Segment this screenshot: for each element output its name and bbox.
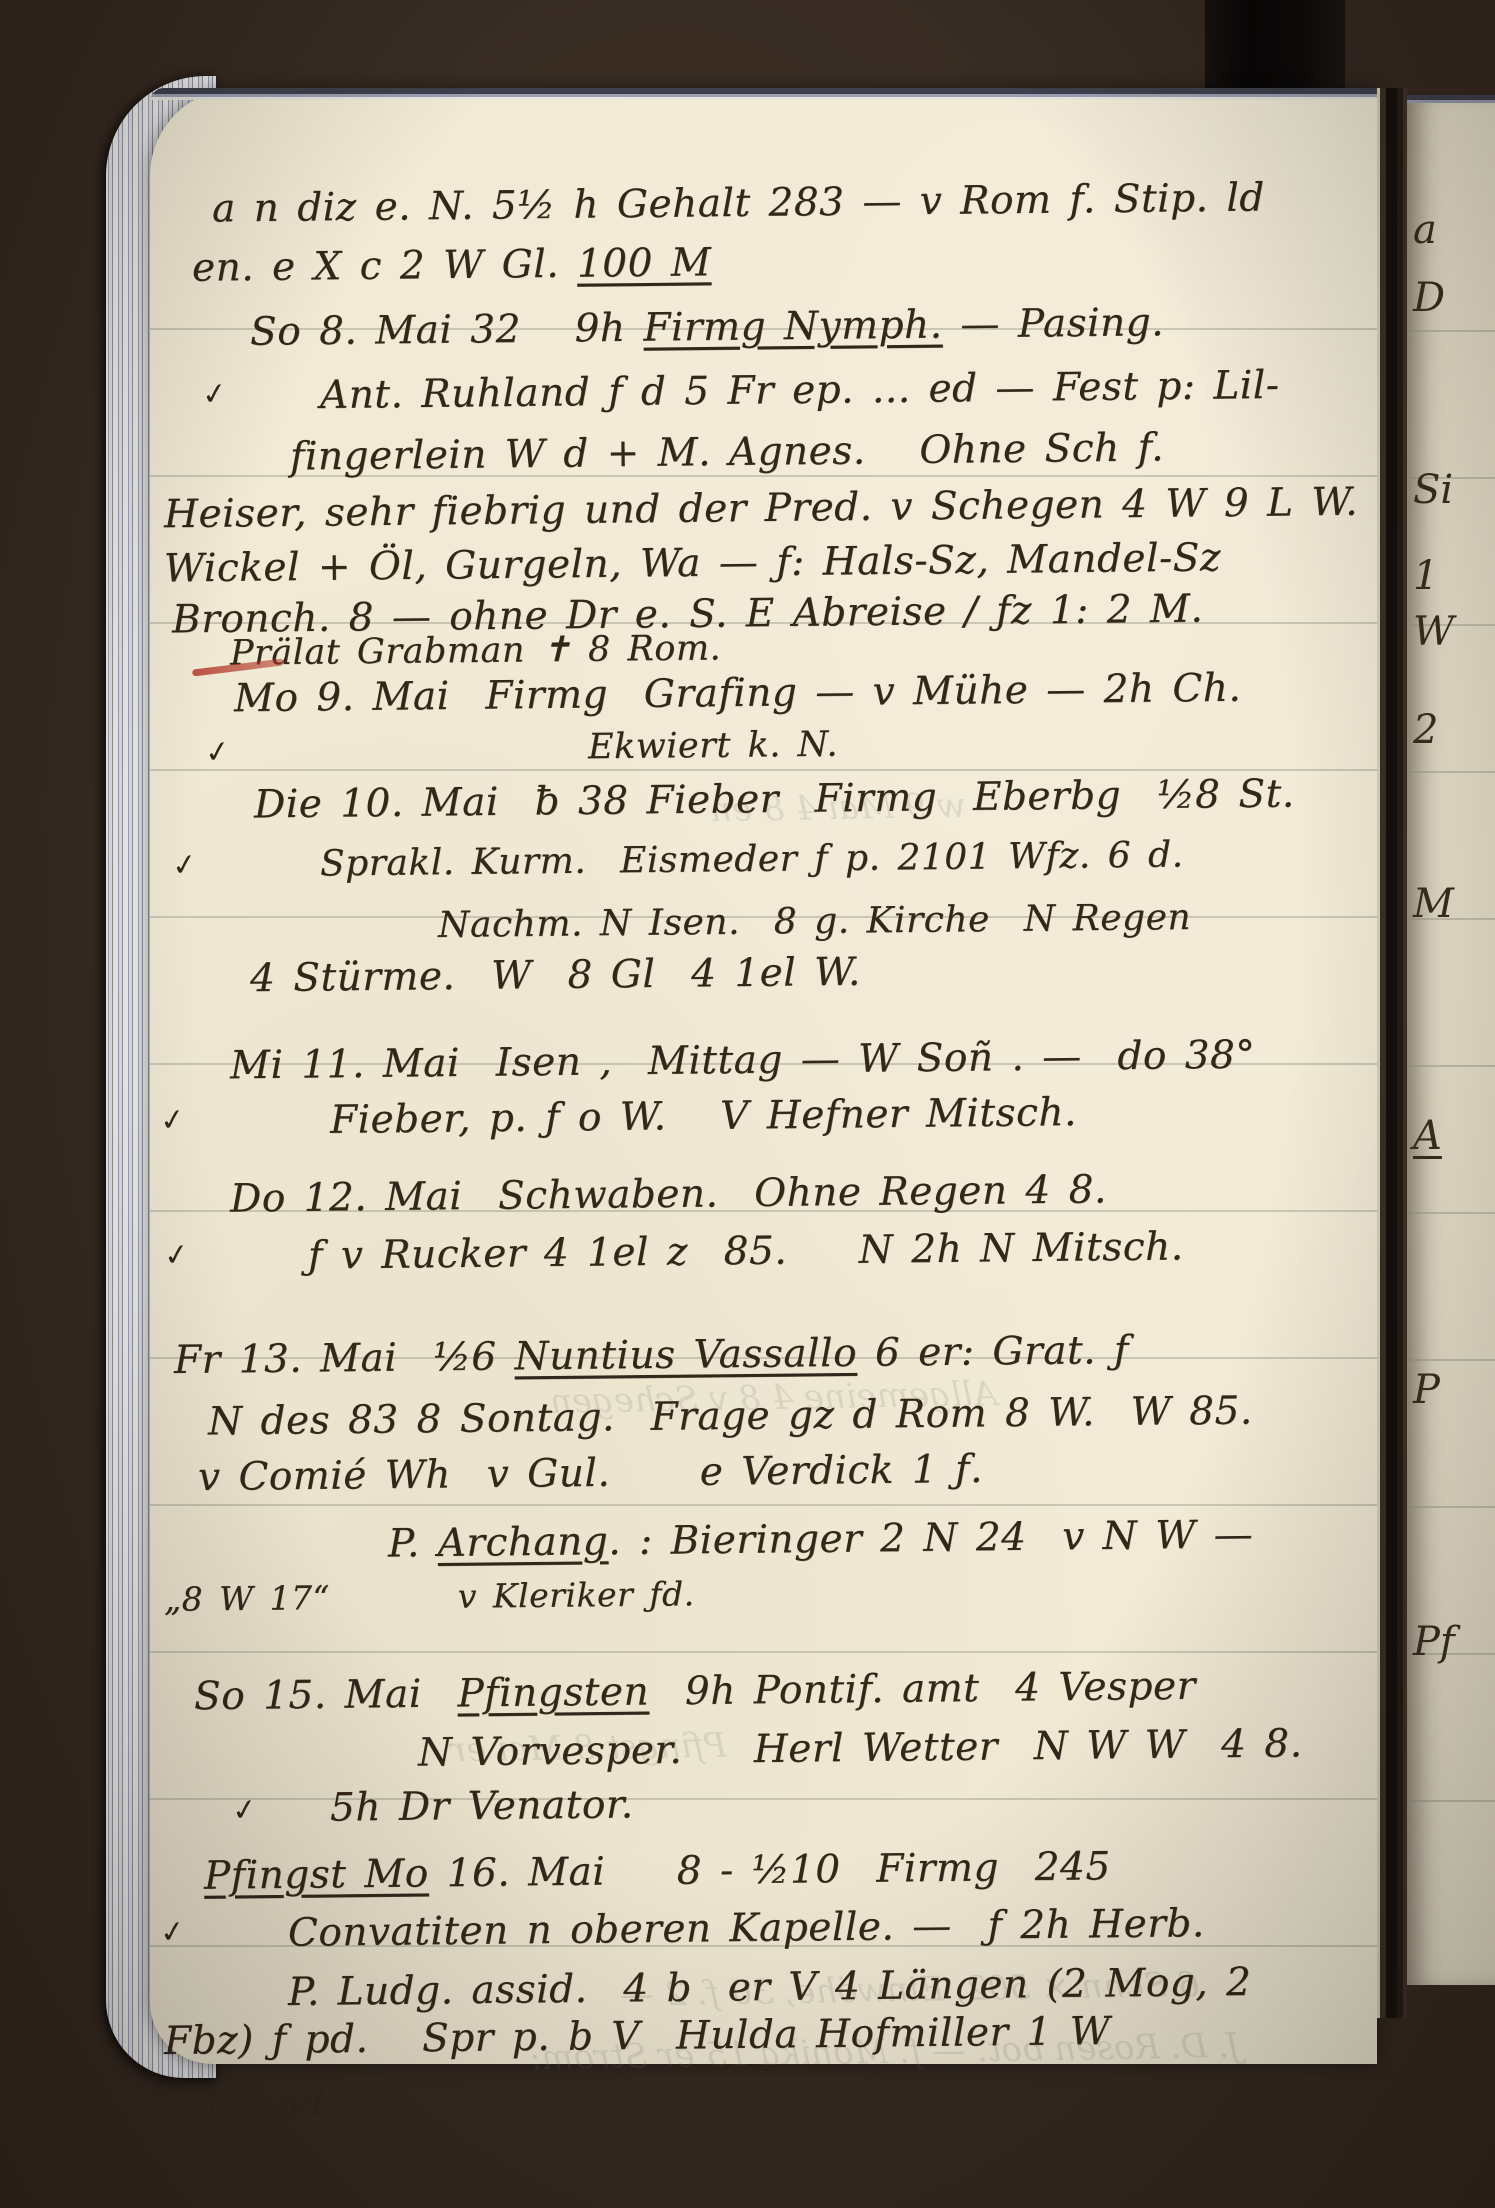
- handwriting-text: Sprakl. Kurm. Eismeder ƒ p. 2101 Wfz. 6 …: [320, 834, 1184, 884]
- handwriting-text: Ekwiert k. N.: [588, 725, 838, 768]
- handwriting-line: Fr 13. Mai ½6 Nuntius Vassallo 6 er: Gra…: [174, 1331, 1129, 1380]
- handwriting-text: Nuntius Vassallo: [514, 1331, 857, 1380]
- handwriting-text: N des 83 8 Sontag. Frage gz d Rom 8 W. W…: [208, 1389, 1253, 1445]
- handwriting-text: Firmg Nymph.: [643, 303, 943, 351]
- handwriting-text: „8 W 17“ v Kleriker ƒd.: [164, 1574, 695, 1619]
- check-mark: ✓: [200, 375, 230, 413]
- facing-page-handwriting-fragment: P: [1413, 1367, 1440, 1413]
- handwriting-text: — Pasing.: [942, 300, 1164, 347]
- handwriting-text: en. e X c 2 W Gl.: [192, 242, 577, 291]
- check-mark: ✓: [170, 846, 200, 884]
- handwriting-text: Mo 9. Mai Firmg Grafing — v Mühe — 2h Ch…: [234, 666, 1242, 722]
- handwriting-line: Fbz) ƒ pd. Spr p. b V Hulda Hofmiller 1 …: [164, 2012, 1111, 2061]
- handwriting-line: en. e X c 2 W Gl. 100 M: [192, 243, 712, 287]
- handwriting-text: Heiser, sehr fiebrig und der Pred. v Sch…: [164, 480, 1358, 538]
- handwriting-line: 4 Stürme. W 8 Gl 4 1el W.: [250, 953, 861, 998]
- handwriting-line: v Comié Wh v Gul. e Verdick 1 ƒ.: [198, 1450, 983, 1497]
- handwriting-line: Fieber, p. ƒ o W. V Hefner Mitsch.: [330, 1093, 1077, 1140]
- handwriting-text: Ant. Ruhland ƒ d 5 Fr ep. ... ed — Fest …: [320, 363, 1280, 418]
- handwriting-text: Fieber, p. ƒ o W. V Hefner Mitsch.: [330, 1090, 1077, 1143]
- handwriting-text: Die 10. Mai ƀ 38 Fieber Firmg Eberbg ½8 …: [254, 772, 1295, 828]
- handwriting-line: fingerlein W d + M. Agnes. Ohne Sch f.: [290, 428, 1164, 476]
- handwriting-line: Ekwiert k. N.: [588, 728, 838, 766]
- handwriting-layer: a n diz e. N. 5½ h Gehalt 283 — v Rom f.…: [150, 88, 1377, 2064]
- handwriting-line: P. Archang. : Bieringer 2 N 24 v N W —: [388, 1515, 1254, 1563]
- handwriting-line: N Vorvesper. Herl Wetter N W W 4 8.: [418, 1724, 1303, 1772]
- handwriting-line: Prälat Grabman ✝ 8 Rom.: [230, 631, 722, 671]
- handwriting-text: d – od.: [194, 2080, 338, 2127]
- handwriting-line: ƒ v Rucker 4 1el z 85. N 2h N Mitsch.: [308, 1227, 1184, 1275]
- facing-page-handwriting-fragment: A: [1413, 1113, 1442, 1159]
- handwriting-line: d – od.: [194, 2083, 338, 2124]
- handwriting-text: P.: [388, 1521, 438, 1567]
- handwriting-line: Mo 9. Mai Firmg Grafing — v Mühe — 2h Ch…: [234, 669, 1242, 719]
- handwriting-text: So 15. Mai: [194, 1671, 458, 1719]
- handwriting-text: . : Bieringer 2 N 24 v N W —: [608, 1512, 1253, 1564]
- facing-page-handwriting-fragment: 2: [1413, 707, 1438, 753]
- handwriting-text: 5h Dr Venator.: [330, 1782, 634, 1830]
- handwriting-line: Nachm. N Isen. 8 g. Kirche N Regen: [438, 900, 1191, 944]
- handwriting-text: Nachm. N Isen. 8 g. Kirche N Regen: [438, 897, 1192, 946]
- facing-page-handwriting-fragment: 1: [1413, 553, 1438, 599]
- handwriting-line: Die 10. Mai ƀ 38 Fieber Firmg Eberbg ½8 …: [254, 775, 1295, 825]
- check-mark: ✓: [158, 1913, 188, 1951]
- handwriting-line: Do 12. Mai Schwaben. Ohne Regen 4 8.: [230, 1170, 1107, 1218]
- check-mark: ✓: [162, 1236, 192, 1274]
- handwriting-text: Convatiten n oberen Kapelle. — ƒ 2h Herb…: [288, 1901, 1205, 1956]
- handwriting-line: Wickel + Öl, Gurgeln, Wa — ƒ: Hals-Sz, M…: [164, 538, 1221, 588]
- handwriting-line: Convatiten n oberen Kapelle. — ƒ 2h Herb…: [288, 1904, 1205, 1953]
- handwriting-text: fingerlein W d + M. Agnes. Ohne Sch f.: [290, 425, 1164, 479]
- handwriting-text: 6 er: Grat. ƒ: [857, 1328, 1129, 1376]
- handwriting-line: P. Ludg. assid. 4 b er V 4 Längen (2 Mog…: [288, 1963, 1252, 2012]
- handwriting-line: Ant. Ruhland ƒ d 5 Fr ep. ... ed — Fest …: [320, 366, 1280, 415]
- handwriting-line: Mi 11. Mai Isen , Mittag — W Soñ . — do…: [230, 1036, 1256, 1086]
- handwriting-line: So 15. Mai Pfingsten 9h Pontif. amt 4 Ve…: [194, 1667, 1196, 1716]
- check-mark: ✓: [230, 1791, 260, 1829]
- handwriting-line: a n diz e. N. 5½ h Gehalt 283 — v Rom f.…: [212, 178, 1265, 228]
- handwriting-line: „8 W 17“ v Kleriker ƒd.: [164, 1577, 695, 1616]
- handwriting-text: 4 Stürme. W 8 Gl 4 1el W.: [250, 950, 861, 1001]
- handwriting-text: Fr 13. Mai ½6: [174, 1334, 515, 1383]
- facing-page-top-edge: [1407, 95, 1495, 107]
- facing-page-handwriting-fragment: Si: [1413, 467, 1453, 513]
- facing-page-handwriting-fragment: M: [1413, 881, 1454, 927]
- handwriting-text: Fbz) ƒ pd. Spr p. b V Hulda Hofmiller 1 …: [164, 2009, 1111, 2064]
- handwriting-text: N Vorvesper. Herl Wetter N W W 4 8.: [418, 1721, 1303, 1775]
- handwriting-text: 100 M: [577, 240, 712, 286]
- handwriting-text: Prälat Grabman ✝ 8 Rom.: [230, 628, 722, 673]
- handwriting-text: 16. Mai 8 - ½10 Firmg 245: [429, 1844, 1111, 1896]
- handwriting-line: Sprakl. Kurm. Eismeder ƒ p. 2101 Wfz. 6 …: [320, 837, 1184, 882]
- handwriting-line: N des 83 8 Sontag. Frage gz d Rom 8 W. W…: [208, 1392, 1253, 1442]
- check-mark: ✓: [203, 733, 233, 771]
- page-gutter-shadow: [1377, 88, 1407, 2018]
- bookmark-ribbon: [1205, 0, 1345, 102]
- handwriting-text: Mi 11. Mai Isen , Mittag — W Soñ . — do…: [230, 1033, 1256, 1089]
- handwriting-text: P. Ludg. assid. 4 b er V 4 Längen (2 Mog…: [288, 1960, 1252, 2015]
- handwriting-text: 9h Pontif. amt 4 Vesper: [649, 1664, 1196, 1715]
- handwriting-text: ƒ v Rucker 4 1el z 85. N 2h N Mitsch.: [308, 1224, 1184, 1278]
- handwriting-line: Heiser, sehr fiebrig und der Pred. v Sch…: [164, 483, 1358, 535]
- handwriting-text: Wickel + Öl, Gurgeln, Wa — ƒ: Hals-Sz, M…: [164, 535, 1221, 591]
- handwriting-text: Archang: [437, 1519, 608, 1566]
- facing-page-edge: aDSi1W2MAPPf: [1407, 95, 1495, 1985]
- handwriting-line: Pfingst Mo 16. Mai 8 - ½10 Firmg 245: [204, 1847, 1111, 1895]
- notebook-page: w 9 Mai 4 8 enAllgemeine 4 8 v SchegenPf…: [150, 88, 1377, 2064]
- scan-background: { "document": { "kind": "handwritten-dia…: [0, 0, 1495, 2208]
- handwriting-text: Do 12. Mai Schwaben. Ohne Regen 4 8.: [230, 1167, 1107, 1221]
- handwriting-text: a n diz e. N. 5½ h Gehalt 283 — v Rom f.…: [212, 175, 1265, 231]
- handwriting-text: v Comié Wh v Gul. e Verdick 1 ƒ.: [198, 1447, 983, 1500]
- handwriting-text: Pfingst Mo: [204, 1851, 429, 1898]
- check-mark: ✓: [158, 1101, 188, 1139]
- handwriting-line: 5h Dr Venator.: [330, 1785, 634, 1827]
- facing-page-handwriting-fragment: W: [1413, 609, 1454, 655]
- handwriting-text: So 8. Mai 32 9h: [250, 306, 644, 355]
- facing-page-handwriting-fragment: Pf: [1413, 1619, 1455, 1665]
- facing-page-handwriting-fragment: a: [1413, 207, 1437, 253]
- handwriting-line: So 8. Mai 32 9h Firmg Nymph. — Pasing.: [250, 303, 1164, 352]
- facing-page-handwriting-fragment: D: [1413, 275, 1445, 321]
- handwriting-text: Pfingsten: [457, 1669, 649, 1716]
